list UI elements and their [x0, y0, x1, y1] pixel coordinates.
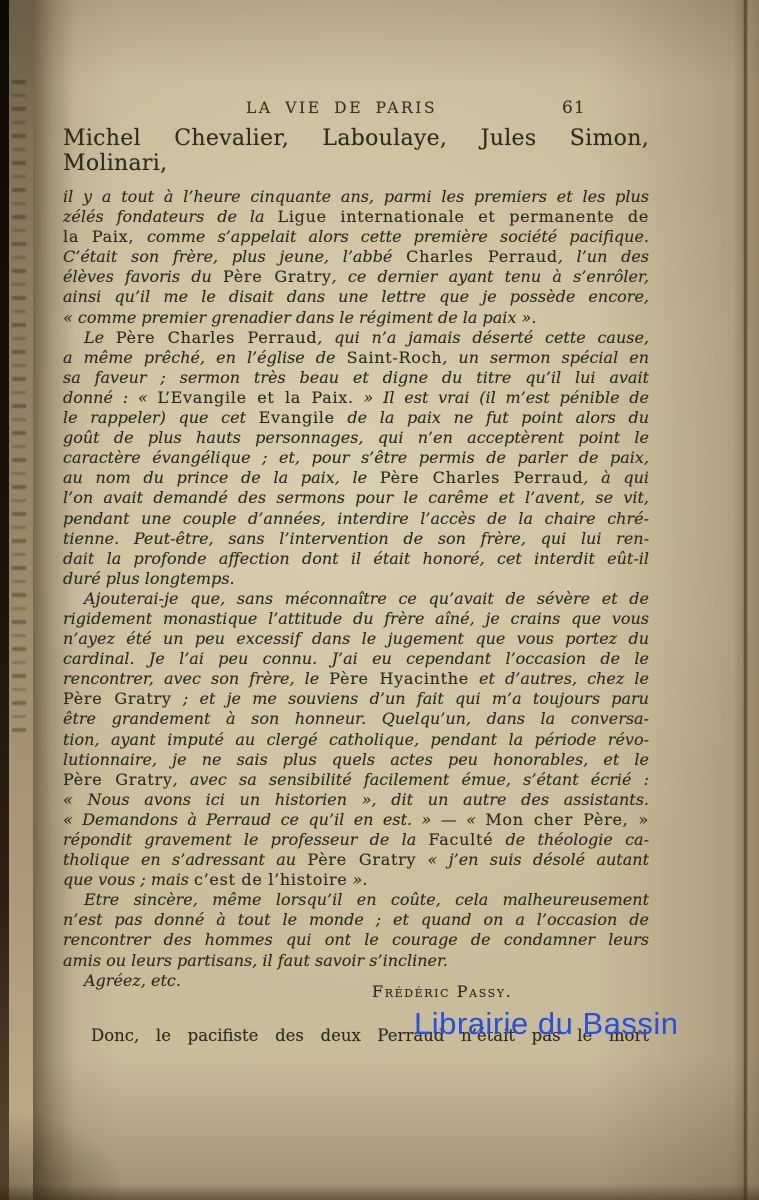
italic-text-segment: dait la profonde affection dont il était…: [63, 549, 649, 568]
roman-text-segment: Père Gratry: [63, 770, 173, 789]
italic-text-segment: Agréez, etc.: [84, 971, 181, 990]
italic-text-segment: l’on avait demandé des sermons pour le c…: [63, 488, 649, 507]
text-line: sa faveur ; sermon très beau et digne du…: [63, 368, 649, 388]
page-header-title: LA VIE DE PARIS: [246, 99, 437, 117]
italic-text-segment: tholique en s’adressant au: [63, 850, 307, 869]
text-line: Père Gratry ; et je me souviens d’un fai…: [63, 689, 649, 709]
bottom-left-corner-shadow: [0, 1040, 220, 1200]
roman-text-segment: Père Gratry: [307, 850, 416, 869]
text-line: dait la profonde affection dont il était…: [63, 549, 649, 569]
text-line: au nom du prince de la paix, le Père Cha…: [63, 468, 649, 488]
text-line: ainsi qu’il me le disait dans une lettre…: [63, 287, 649, 307]
body-text: il y a tout à l’heure cinquante ans, par…: [63, 187, 649, 991]
italic-text-segment: caractère évangélique ; et, pour s’être …: [63, 448, 649, 467]
text-line: « Nous avons ici un historien », dit un …: [63, 790, 649, 810]
text-line: Le Père Charles Perraud, qui n’a jamais …: [63, 328, 649, 348]
italic-text-segment: , à qui: [583, 468, 649, 487]
text-line: duré plus longtemps.: [63, 569, 649, 589]
text-line: être grandement à son honneur. Quelqu’un…: [63, 709, 649, 729]
italic-text-segment: le rappeler) que cet: [63, 408, 259, 427]
italic-text-segment: ».: [347, 870, 367, 889]
italic-text-segment: « Demandons à Perraud ce qu’il en est. »…: [63, 810, 485, 829]
text-line: rencontrer des hommes qui ont le courage…: [63, 930, 649, 950]
italic-text-segment: de théologie ca-: [493, 830, 649, 849]
text-line: caractère évangélique ; et, pour s’être …: [63, 448, 649, 468]
text-line: rencontrer, avec son frère, le Père Hyac…: [63, 669, 649, 689]
italic-text-segment: a même prêché, en l’église de: [63, 348, 347, 367]
text-line: n’ayez été un peu excessif dans le jugem…: [63, 629, 649, 649]
italic-text-segment: , un sermon spécial en: [442, 348, 649, 367]
italic-text-segment: au nom du prince de la paix, le: [63, 468, 380, 487]
running-head: LA VIE DE PARIS 61: [62, 99, 652, 119]
italic-text-segment: , ce dernier ayant tenu à s’enrôler,: [332, 267, 649, 286]
text-line: élèves favoris du Père Gratry, ce dernie…: [63, 267, 649, 287]
text-line: il y a tout à l’heure cinquante ans, par…: [63, 187, 649, 207]
text-line: lutionnaire, je ne sais plus quels actes…: [63, 750, 649, 770]
italic-text-segment: sa faveur ; sermon très beau et digne du…: [63, 368, 649, 387]
italic-text-segment: rencontrer des hommes qui ont le courage…: [63, 930, 649, 949]
roman-text-segment: Ligue internationale et permanente de: [278, 207, 649, 226]
text-line: Agréez, etc.: [63, 971, 649, 991]
italic-text-segment: comme s’appelait alors cette première so…: [147, 227, 649, 246]
text-line: C’était son frère, plus jeune, l’abbé Ch…: [63, 247, 649, 267]
text-line: « comme premier grenadier dans le régime…: [63, 308, 649, 328]
text-line: tienne. Peut-être, sans l’intervention d…: [63, 529, 649, 549]
roman-text-segment: Père Charles Perraud: [116, 328, 317, 347]
page-right-edge: [733, 0, 759, 1200]
italic-text-segment: zélés fondateurs de la: [63, 207, 278, 226]
italic-text-segment: lutionnaire, je ne sais plus quels actes…: [63, 750, 649, 769]
italic-text-segment: ; et je me souviens d’un fait qui m’a to…: [172, 689, 649, 708]
text-line: Ajouterai-je que, sans méconnaître ce qu…: [63, 589, 649, 609]
text-line: la Paix, comme s’appelait alors cette pr…: [63, 227, 649, 247]
italic-text-segment: il y a tout à l’heure cinquante ans, par…: [63, 187, 649, 206]
italic-text-segment: C’était son frère, plus jeune, l’abbé: [63, 247, 406, 266]
italic-text-segment: , avec sa sensibilité facilement émue, s…: [173, 770, 649, 789]
watermark: Librairie du Bassin: [414, 1006, 679, 1042]
italic-text-segment: être grandement à son honneur. Quelqu’un…: [63, 709, 649, 728]
italic-text-segment: « j’en suis désolé autant: [416, 850, 649, 869]
italic-text-segment: , l’un des: [558, 247, 649, 266]
text-line: pendant une couple d’années, interdire l…: [63, 509, 649, 529]
roman-text-segment: Père Gratry: [63, 689, 172, 708]
book-page-photo: LA VIE DE PARIS 61 Michel Chevalier, Lab…: [0, 0, 759, 1200]
page-number: 61: [562, 98, 586, 118]
text-line: tholique en s’adressant au Père Gratry «…: [63, 850, 649, 870]
roman-text-segment: Père Charles Perraud: [380, 468, 583, 487]
roman-text-segment: Charles Perraud: [406, 247, 558, 266]
text-line: tion, ayant imputé au clergé catholique,…: [63, 730, 649, 750]
italic-text-segment: « comme premier grenadier dans le régime…: [63, 308, 536, 327]
roman-text-segment: Mon cher Père, »: [485, 810, 649, 829]
italic-text-segment: n’est pas donné à tout le monde ; et qua…: [63, 910, 649, 929]
text-line: zélés fondateurs de la Ligue internation…: [63, 207, 649, 227]
roman-text-segment: Evangile: [259, 408, 335, 427]
facing-page-edge: [9, 0, 33, 1200]
roman-text-segment: Faculté: [429, 830, 494, 849]
italic-text-segment: que vous ; mais: [63, 870, 194, 889]
italic-text-segment: Etre sincère, même lorsqu’il en coûte, c…: [84, 890, 649, 909]
text-line: a même prêché, en l’église de Saint-Roch…: [63, 348, 649, 368]
roman-text-segment: Saint-Roch: [347, 348, 443, 367]
italic-text-segment: répondit gravement le professeur de la: [63, 830, 429, 849]
signature-line: Frédéric Passy.: [372, 982, 512, 1001]
italic-text-segment: élèves favoris du: [63, 267, 223, 286]
text-line: répondit gravement le professeur de la F…: [63, 830, 649, 850]
text-line: donné : « L’Evangile et la Paix. » Il es…: [63, 388, 649, 408]
italic-text-segment: amis ou leurs partisans, il faut savoir …: [63, 951, 448, 970]
italic-text-segment: pendant une couple d’années, interdire l…: [63, 509, 649, 528]
italic-text-segment: de la paix ne fut point alors du: [335, 408, 649, 427]
roman-text-segment: c’est de l’histoire: [194, 870, 347, 889]
text-line: amis ou leurs partisans, il faut savoir …: [63, 951, 649, 971]
text-line: le rappeler) que cet Evangile de la paix…: [63, 408, 649, 428]
text-line: « Demandons à Perraud ce qu’il en est. »…: [63, 810, 649, 830]
italic-text-segment: tienne. Peut-être, sans l’intervention d…: [63, 529, 649, 548]
roman-text-segment: L’Evangile et la Paix.: [157, 388, 353, 407]
text-line: cardinal. Je l’ai peu connu. J’ai eu cep…: [63, 649, 649, 669]
roman-text-segment: la Paix,: [63, 227, 147, 246]
text-line: rigidement monastique l’attitude du frèr…: [63, 609, 649, 629]
italic-text-segment: , qui n’a jamais déserté cette cause,: [317, 328, 649, 347]
italic-text-segment: rigidement monastique l’attitude du frèr…: [63, 609, 649, 628]
text-line: n’est pas donné à tout le monde ; et qua…: [63, 910, 649, 930]
text-line: Etre sincère, même lorsqu’il en coûte, c…: [63, 890, 649, 910]
roman-text-segment: Père Gratry: [223, 267, 332, 286]
roman-text-segment: Père Hyacinthe: [329, 669, 469, 688]
italic-text-segment: duré plus longtemps.: [63, 569, 235, 588]
italic-text-segment: n’ayez été un peu excessif dans le jugem…: [63, 629, 649, 648]
italic-text-segment: donné : «: [63, 388, 157, 407]
italic-text-segment: rencontrer, avec son frère, le: [63, 669, 329, 688]
text-line: l’on avait demandé des sermons pour le c…: [63, 488, 649, 508]
italic-text-segment: tion, ayant imputé au clergé catholique,…: [63, 730, 649, 749]
opening-line: Michel Chevalier, Laboulaye, Jules Simon…: [63, 126, 649, 176]
text-line: que vous ; mais c’est de l’histoire ».: [63, 870, 649, 890]
italic-text-segment: et d’autres, chez le: [469, 669, 649, 688]
italic-text-segment: Ajouterai-je que, sans méconnaître ce qu…: [84, 589, 649, 608]
text-line: Père Gratry, avec sa sensibilité facilem…: [63, 770, 649, 790]
italic-text-segment: cardinal. Je l’ai peu connu. J’ai eu cep…: [63, 649, 649, 668]
italic-text-segment: goût de plus hauts personnages, qui n’en…: [63, 428, 649, 447]
italic-text-segment: ainsi qu’il me le disait dans une lettre…: [63, 287, 649, 306]
italic-text-segment: » Il est vrai (il m’est pénible de: [354, 388, 649, 407]
book-gutter-shadow: [0, 0, 9, 1200]
italic-text-segment: « Nous avons ici un historien », dit un …: [63, 790, 649, 809]
italic-text-segment: Le: [84, 328, 116, 347]
text-line: goût de plus hauts personnages, qui n’en…: [63, 428, 649, 448]
